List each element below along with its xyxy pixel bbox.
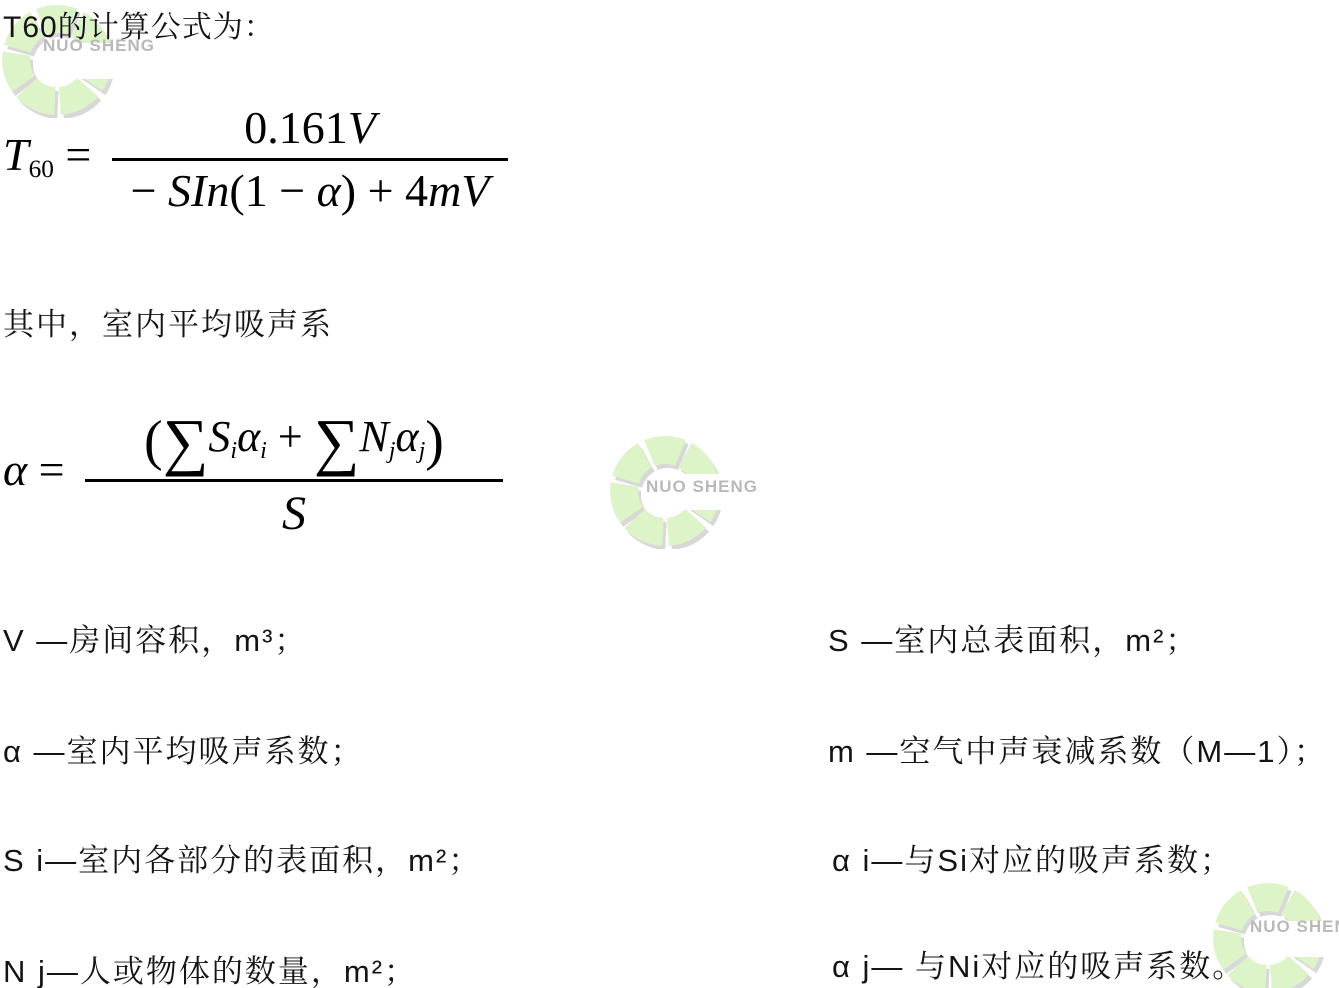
title-line: T60的计算公式为：: [3, 2, 275, 46]
t60-fraction-bar: [112, 158, 508, 161]
t60-formula-numerator: 0.161V: [112, 103, 508, 154]
definition-si: S i—室内各部分的表面积，m²；: [3, 835, 481, 880]
subtitle-line: 其中，室内平均吸声系: [3, 299, 333, 344]
alpha-fraction-bar: [85, 479, 503, 482]
alpha-formula-denominator: S: [85, 488, 503, 541]
definition-nj: N j—人或物体的数量，m²；: [3, 946, 417, 988]
definition-m: m —空气中声衰减系数（M—1）；: [828, 726, 1327, 771]
brand-text: NUO SHENG: [646, 477, 758, 497]
definition-s: S —室内总表面积，m²；: [828, 615, 1198, 660]
alpha-formula-lhs: α =: [3, 445, 65, 496]
definition-alpha-i: α i—与Si对应的吸声系数；: [832, 835, 1233, 880]
t60-formula-lhs: T60 =: [3, 130, 91, 184]
alpha-formula-numerator: (∑Siαi + ∑Njαj): [85, 398, 503, 490]
document-canvas: NUO SHENG NUO SHENG NUO SHENG T60的计算公式为：…: [0, 0, 1339, 988]
definition-alpha: α —室内平均吸声系数；: [3, 726, 364, 771]
brand-text: NUO SHENG: [1250, 917, 1339, 937]
t60-formula-denominator: − SIn(1 − α) + 4mV: [112, 166, 508, 217]
definition-alpha-j: α j— 与Ni对应的吸声系数。: [832, 941, 1245, 986]
definition-v: V —房间容积，m³；: [3, 615, 307, 660]
